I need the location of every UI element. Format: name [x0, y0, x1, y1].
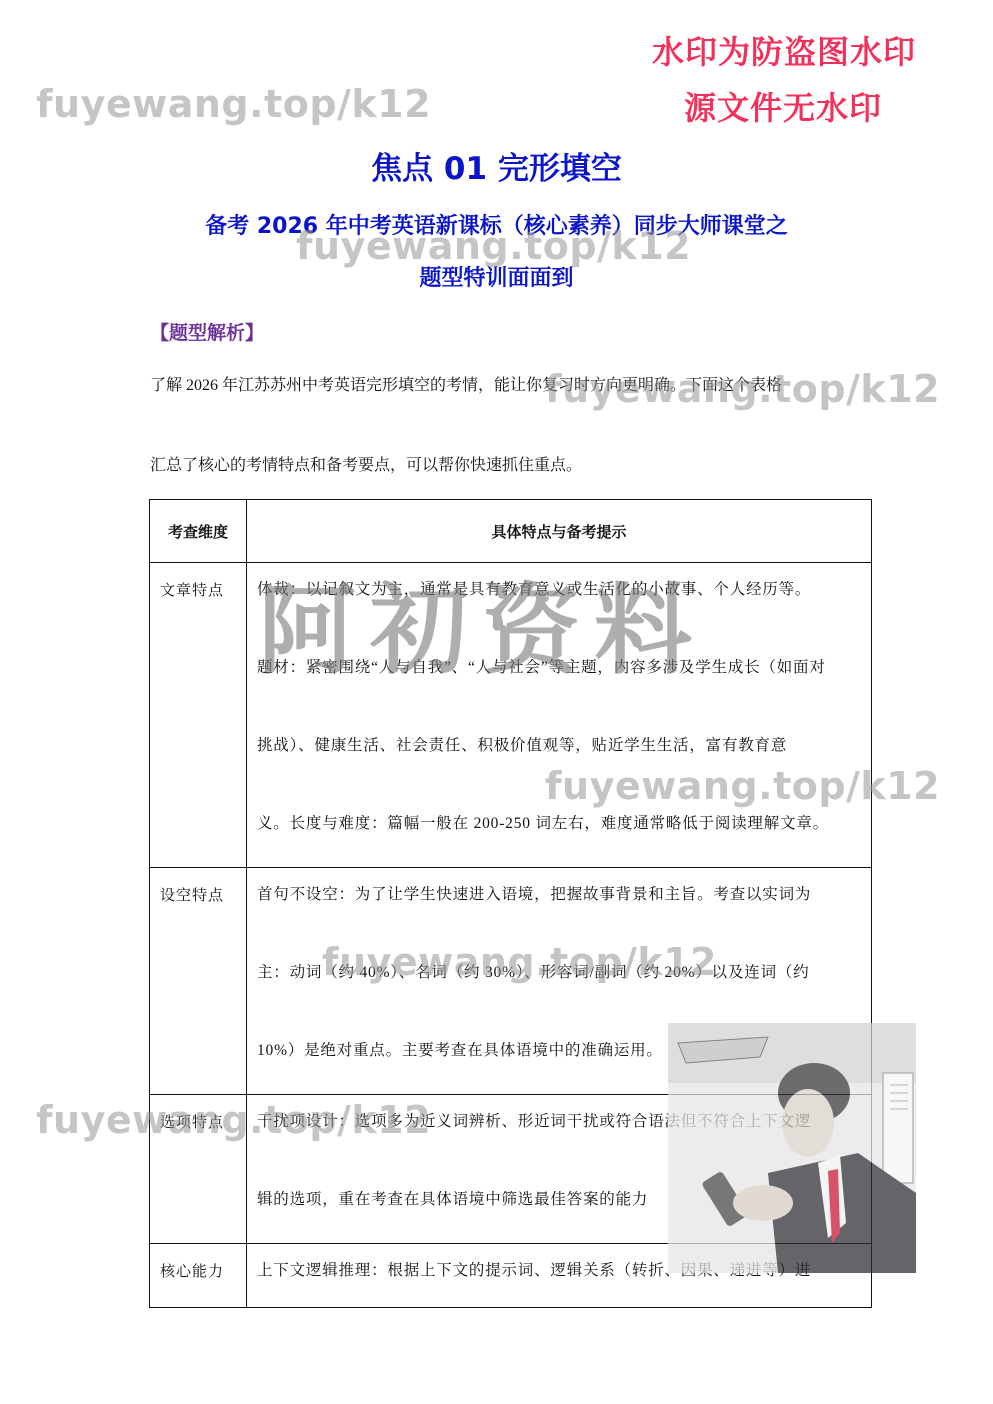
header-dimension: 考查维度: [150, 500, 247, 563]
detail-line: 义。长度与难度：篇幅一般在 200-250 词左右，难度通常略低于阅读理解文章。: [257, 813, 861, 867]
table-row: 核心能力 上下文逻辑推理：根据上下文的提示词、逻辑关系（转折、因果、递进等）进: [150, 1244, 872, 1308]
detail-line: 挑战）、健康生活、社会责任、积极价值观等，贴近学生生活，富有教育意: [257, 735, 861, 813]
table-row: 文章特点 体裁：以记叙文为主，通常是具有教育意义或生活化的小故事、个人经历等。 …: [150, 563, 872, 868]
row-details: 体裁：以记叙文为主，通常是具有教育意义或生活化的小故事、个人经历等。 题材：紧密…: [247, 563, 872, 868]
row-dimension: 设空特点: [150, 868, 247, 1095]
page-title: 焦点 01 完形填空: [0, 143, 993, 188]
detail-line: 辑的选项，重在考查在具体语境中筛选最佳答案的能力: [257, 1189, 861, 1243]
table-header-row: 考查维度 具体特点与备考提示: [150, 500, 872, 563]
detail-line: 体裁：以记叙文为主，通常是具有教育意义或生活化的小故事、个人经历等。: [257, 579, 861, 657]
watermark-url: fuyewang.top/k12: [36, 82, 431, 126]
detail-line: 10%）是绝对重点。主要考查在具体语境中的准确运用。: [257, 1040, 861, 1094]
row-dimension: 核心能力: [150, 1244, 247, 1308]
row-dimension: 选项特点: [150, 1095, 247, 1244]
table-row: 选项特点 干扰项设计：选项多为近义词辨析、形近词干扰或符合语法但不符合上下文逻 …: [150, 1095, 872, 1244]
page-subtitle-line2: 题型特训面面到: [0, 262, 993, 295]
watermark-notice-line2: 源文件无水印: [668, 92, 898, 124]
section-heading: 【题型解析】: [150, 318, 264, 345]
intro-paragraph-line2: 汇总了核心的考情特点和备考要点，可以帮你快速抓住重点。: [150, 452, 582, 475]
row-details: 上下文逻辑推理：根据上下文的提示词、逻辑关系（转折、因果、递进等）进: [247, 1244, 872, 1308]
row-dimension: 文章特点: [150, 563, 247, 868]
watermark-notice-line1: 水印为防盗图水印: [638, 36, 930, 68]
page-subtitle-line1: 备考 2026 年中考英语新课标（核心素养）同步大师课堂之: [0, 210, 993, 243]
row-details: 首句不设空：为了让学生快速进入语境，把握故事背景和主旨。考查以实词为 主：动词（…: [247, 868, 872, 1095]
exam-analysis-table: 考查维度 具体特点与备考提示 文章特点 体裁：以记叙文为主，通常是具有教育意义或…: [149, 499, 872, 1308]
detail-line: 题材：紧密围绕“人与自我”、“人与社会”等主题，内容多涉及学生成长（如面对: [257, 657, 861, 735]
table-row: 设空特点 首句不设空：为了让学生快速进入语境，把握故事背景和主旨。考查以实词为 …: [150, 868, 872, 1095]
detail-line: 主：动词（约 40%）、名词（约 30%）、形容词/副词（约 20%）以及连词（…: [257, 962, 861, 1040]
header-details: 具体特点与备考提示: [247, 500, 872, 563]
row-details: 干扰项设计：选项多为近义词辨析、形近词干扰或符合语法但不符合上下文逻 辑的选项，…: [247, 1095, 872, 1244]
detail-line: 干扰项设计：选项多为近义词辨析、形近词干扰或符合语法但不符合上下文逻: [257, 1111, 861, 1189]
detail-line: 首句不设空：为了让学生快速进入语境，把握故事背景和主旨。考查以实词为: [257, 884, 861, 962]
intro-paragraph-line1: 了解 2026 年江苏苏州中考英语完形填空的考情，能让你复习时方向更明确。下面这…: [150, 372, 782, 395]
detail-line: 上下文逻辑推理：根据上下文的提示词、逻辑关系（转折、因果、递进等）进: [257, 1260, 861, 1300]
